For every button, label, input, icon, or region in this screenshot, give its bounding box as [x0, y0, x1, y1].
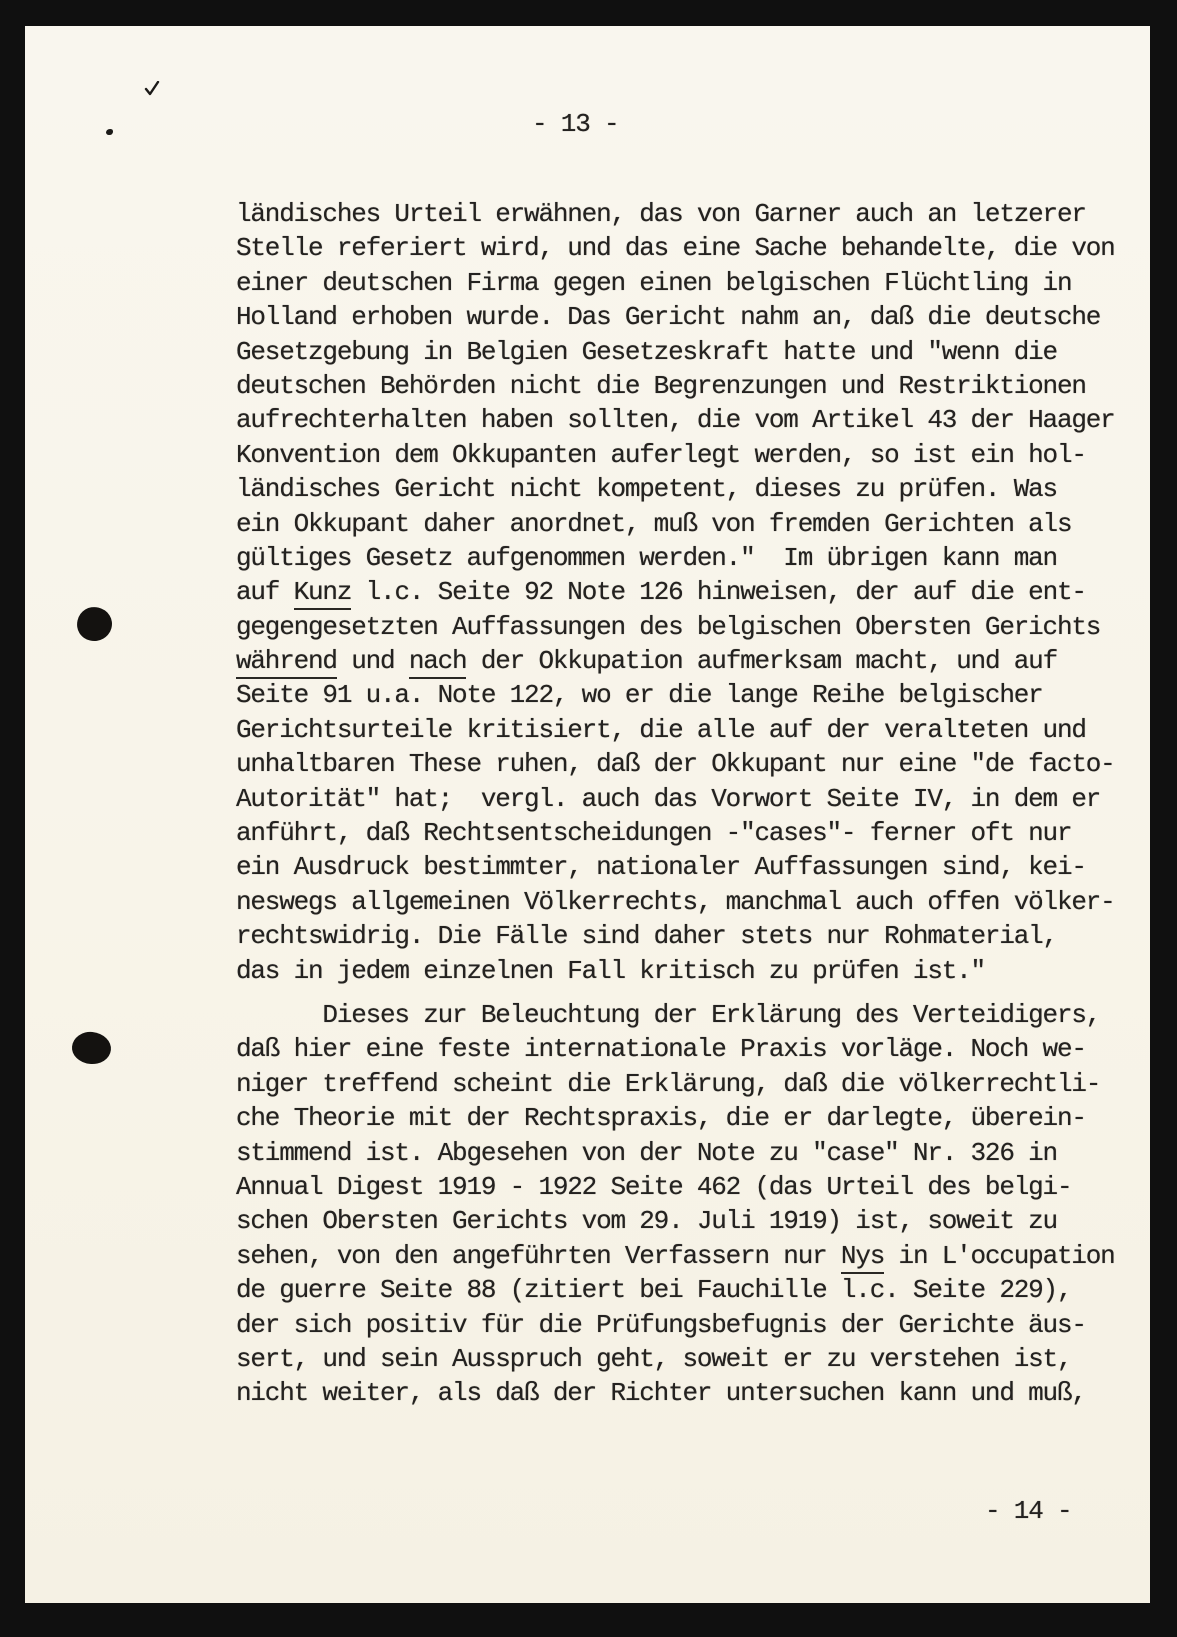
- text-line: aufrechterhalten haben sollten, die vom …: [236, 403, 1136, 437]
- text-line: nicht weiter, als daß der Richter unters…: [236, 1376, 1136, 1410]
- text-line: Stelle referiert wird, und das eine Sach…: [236, 231, 1136, 265]
- text-line: gegengesetzten Auffassungen des belgisch…: [236, 610, 1136, 644]
- text-line: einer deutschen Firma gegen einen belgis…: [236, 266, 1136, 300]
- text-line: anführt, daß Rechtsentscheidungen -"case…: [236, 816, 1136, 850]
- text-line: ländisches Gericht nicht kompetent, dies…: [236, 472, 1136, 506]
- document-page: - 13 - ländisches Urteil erwähnen, das v…: [25, 26, 1150, 1603]
- handwritten-check-icon: [144, 81, 160, 97]
- text-line: Annual Digest 1919 - 1922 Seite 462 (das…: [236, 1170, 1136, 1204]
- text-line: neswegs allgemeinen Völkerrechts, manchm…: [236, 885, 1136, 919]
- underlined-term: nach: [409, 646, 467, 679]
- text-line: Seite 91 u.a. Note 122, wo er die lange …: [236, 678, 1136, 712]
- text-line: unhaltbaren These ruhen, daß der Okkupan…: [236, 747, 1136, 781]
- text-line: niger treffend scheint die Erklärung, da…: [236, 1067, 1136, 1101]
- scan-background: - 13 - ländisches Urteil erwähnen, das v…: [0, 0, 1177, 1637]
- paragraph: Dieses zur Beleuchtung der Erklärung des…: [236, 998, 1136, 1411]
- text-line: ein Okkupant daher anordnet, muß von fre…: [236, 507, 1136, 541]
- text-line: Gerichtsurteile kritisiert, die alle auf…: [236, 713, 1136, 747]
- text-line: Autorität" hat; vergl. auch das Vorwort …: [236, 782, 1136, 816]
- text-line: ländisches Urteil erwähnen, das von Garn…: [236, 197, 1136, 231]
- underlined-term: Nys: [841, 1241, 884, 1274]
- text-line: Dieses zur Beleuchtung der Erklärung des…: [236, 998, 1136, 1032]
- underlined-term: während: [236, 646, 337, 679]
- underlined-term: Kunz: [294, 577, 352, 610]
- text-line: rechtswidrig. Die Fälle sind daher stets…: [236, 919, 1136, 953]
- ink-speck: [106, 129, 113, 135]
- text-line: deutschen Behörden nicht die Begrenzunge…: [236, 369, 1136, 403]
- text-line: che Theorie mit der Rechtspraxis, die er…: [236, 1101, 1136, 1135]
- text-line: stimmend ist. Abgesehen von der Note zu …: [236, 1136, 1136, 1170]
- text-line: ein Ausdruck bestimmter, nationaler Auff…: [236, 850, 1136, 884]
- paragraph: ländisches Urteil erwähnen, das von Garn…: [236, 197, 1136, 988]
- text-line: schen Obersten Gerichts vom 29. Juli 191…: [236, 1204, 1136, 1238]
- text-line: auf Kunz l.c. Seite 92 Note 126 hinweise…: [236, 575, 1136, 609]
- text-line: während und nach der Okkupation aufmerks…: [236, 644, 1136, 678]
- page-number-header: - 13 -: [532, 109, 618, 139]
- typewritten-text-block: ländisches Urteil erwähnen, das von Garn…: [236, 197, 1136, 1411]
- text-line: Gesetzgebung in Belgien Gesetzeskraft ha…: [236, 335, 1136, 369]
- text-line: der sich positiv für die Prüfungsbefugni…: [236, 1308, 1136, 1342]
- text-line: Holland erhoben wurde. Das Gericht nahm …: [236, 300, 1136, 334]
- text-line: sehen, von den angeführten Verfassern nu…: [236, 1239, 1136, 1273]
- text-line: de guerre Seite 88 (zitiert bei Fauchill…: [236, 1273, 1136, 1307]
- hole-punch-mark-bottom: [70, 1030, 112, 1066]
- text-line: Konvention dem Okkupanten auferlegt werd…: [236, 438, 1136, 472]
- text-line: sert, und sein Ausspruch geht, soweit er…: [236, 1342, 1136, 1376]
- text-line: das in jedem einzelnen Fall kritisch zu …: [236, 954, 1136, 988]
- page-number-footer: - 14 -: [985, 1496, 1071, 1526]
- text-line: daß hier eine feste internationale Praxi…: [236, 1032, 1136, 1066]
- text-line: gültiges Gesetz aufgenommen werden." Im …: [236, 541, 1136, 575]
- hole-punch-mark-top: [75, 605, 114, 644]
